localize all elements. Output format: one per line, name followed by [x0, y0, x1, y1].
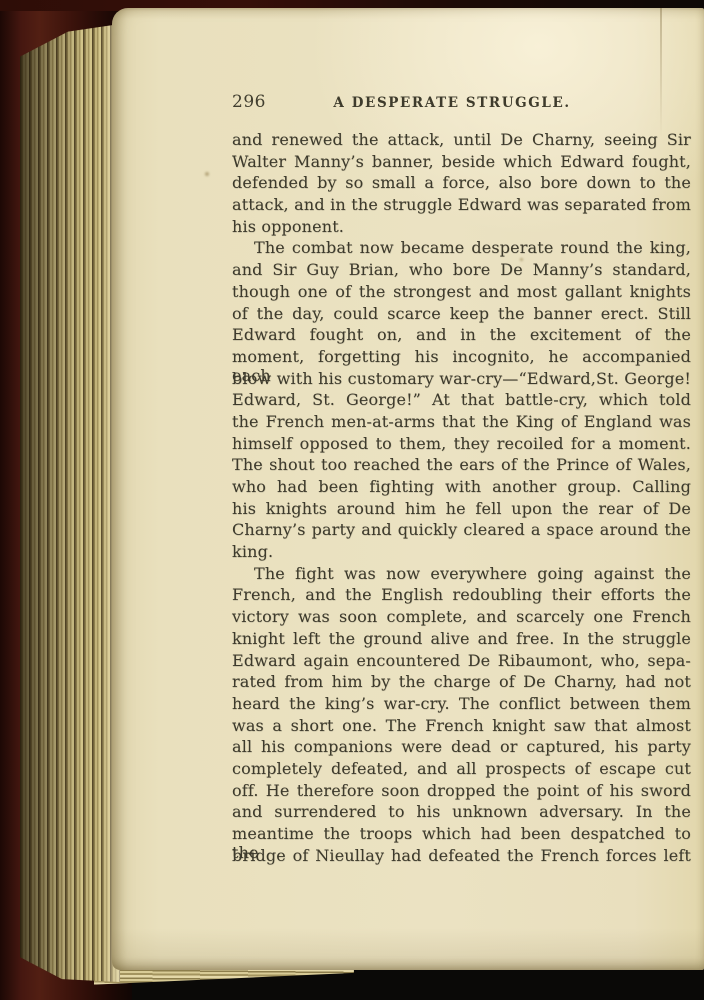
text-line: The fight was now everywhere going again…: [232, 564, 691, 586]
text-line: completely defeated, and all prospects o…: [232, 759, 691, 781]
text-line: though one of the strongest and most gal…: [232, 282, 691, 304]
page-content: 296 A DESPERATE STRUGGLE. and renewed th…: [232, 92, 691, 867]
text-line: bridge of Nieullay had defeated the Fren…: [232, 846, 691, 868]
text-line: victory was soon complete, and scarcely …: [232, 607, 691, 629]
text-line: Charny’s party and quickly cleared a spa…: [232, 520, 691, 542]
text-line: all his companions were dead or captured…: [232, 737, 691, 759]
text-line: Walter Manny’s banner, beside which Edwa…: [232, 152, 691, 174]
text-line: Edward fought on, and in the excitement …: [232, 325, 691, 347]
text-line: and renewed the attack, until De Charny,…: [232, 130, 691, 152]
text-line: Edward, St. George!” At that battle-cry,…: [232, 390, 691, 412]
text-line: The shout too reached the ears of the Pr…: [232, 455, 691, 477]
text-line: who had been fighting with another group…: [232, 477, 691, 499]
text-line: The combat now became desperate round th…: [232, 238, 691, 260]
text-line: blow with his customary war-cry—“Edward,…: [232, 369, 691, 391]
page-number: 296: [232, 92, 266, 112]
text-line: defended by so small a force, also bore …: [232, 173, 691, 195]
left-page-edge-stack: [20, 24, 120, 982]
paper-speck: [205, 172, 209, 176]
text-line: knight left the ground alive and free. I…: [232, 629, 691, 651]
text-line: heard the king’s war-cry. The conflict b…: [232, 694, 691, 716]
page-header: 296 A DESPERATE STRUGGLE.: [232, 92, 691, 114]
text-line: moment, forgetting his incognito, he acc…: [232, 347, 691, 369]
body-text: and renewed the attack, until De Charny,…: [232, 130, 691, 867]
text-line: the French men-at-arms that the King of …: [232, 412, 691, 434]
text-line: rated from him by the charge of De Charn…: [232, 672, 691, 694]
text-line: of the day, could scarce keep the banner…: [232, 304, 691, 326]
text-line: and Sir Guy Brian, who bore De Manny’s s…: [232, 260, 691, 282]
text-line: off. He therefore soon dropped the point…: [232, 781, 691, 803]
text-line: French, and the English redoubling their…: [232, 585, 691, 607]
text-line: meantime the troops which had been despa…: [232, 824, 691, 846]
text-line: and surrendered to his unknown adversary…: [232, 802, 691, 824]
book-photo-scene: 296 A DESPERATE STRUGGLE. and renewed th…: [0, 0, 704, 1000]
text-line: his opponent.: [232, 217, 691, 239]
text-line: was a short one. The French knight saw t…: [232, 716, 691, 738]
text-line: Edward again encountered De Ribaumont, w…: [232, 651, 691, 673]
book-page: 296 A DESPERATE STRUGGLE. and renewed th…: [112, 8, 704, 970]
text-line: attack, and in the struggle Edward was s…: [232, 195, 691, 217]
text-line: his knights around him he fell upon the …: [232, 499, 691, 521]
text-line: king.: [232, 542, 691, 564]
running-header: A DESPERATE STRUGGLE.: [333, 95, 570, 111]
text-line: himself opposed to them, they recoiled f…: [232, 434, 691, 456]
